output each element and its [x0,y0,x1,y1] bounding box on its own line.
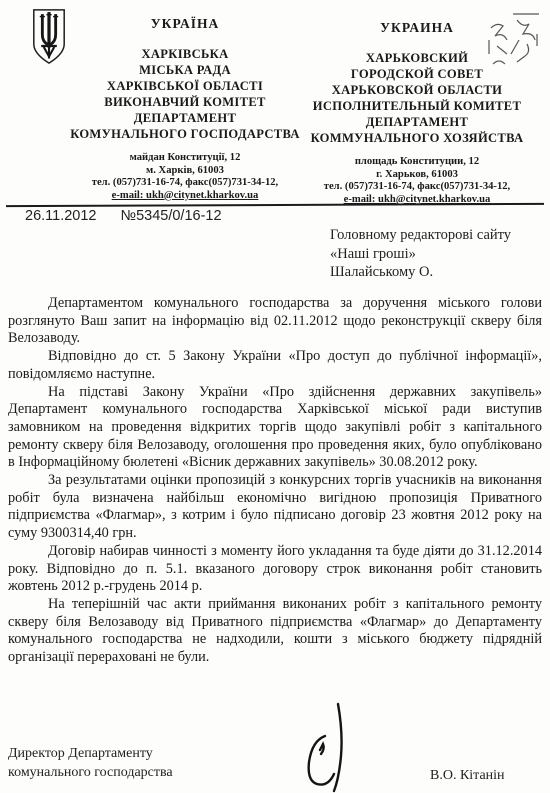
org-line: ГОРОДСКОЙ СОВЕТ [295,66,539,82]
letter-date: 26.11.2012 [25,208,97,224]
org-line: КОММУНАЛЬНОГО ХОЗЯЙСТВА [295,130,539,146]
org-line: ВИКОНАВЧИЙ КОМІТЕТ [60,94,310,110]
org-line: ХАРКІВСЬКОЇ ОБЛАСТІ [60,78,310,94]
body-paragraph: На теперішній час акти приймання виконан… [8,596,542,667]
scanned-letter-page: УКРАЇНА ХАРКІВСЬКА МІСЬКА РАДА ХАРКІВСЬК… [0,0,550,793]
recipient-line: Шалайському О. [330,263,511,282]
address-line: тел. (057)731-16-74, факс(057)731-34-12, [295,181,539,194]
org-line: ИСПОЛНИТЕЛЬНЫЙ КОМИТЕТ [295,98,539,114]
country-name: УКРАЇНА [60,16,310,32]
signer-name: В.О. Кітанін [430,768,505,784]
handwritten-signature-icon [298,702,356,793]
recipient-line: «Наші гроші» [330,245,511,264]
org-line: КОМУНАЛЬНОГО ГОСПОДАРСТВА [60,126,310,142]
signer-title: Директор Департаменту комунального госпо… [8,744,173,782]
org-line: МІСЬКА РАДА [60,62,310,78]
body-paragraph: Департаментом комунального господарства … [8,295,542,348]
org-line: ХАРКІВСЬКА [60,46,310,62]
address-line: г. Харьков, 61003 [295,169,539,182]
recipient-line: Головному редакторові сайту [330,226,511,245]
signer-title-line: комунального господарства [8,763,173,782]
org-line: ДЕПАРТАМЕНТ [295,114,539,130]
org-line: ХАРЬКОВСКОЙ ОБЛАСТИ [295,82,539,98]
body-paragraph: Договір набирав чинності з моменту його … [8,543,542,596]
body-paragraph: Відповідно до ст. 5 Закону України «Про … [8,348,542,383]
letterhead-ukrainian: УКРАЇНА ХАРКІВСЬКА МІСЬКА РАДА ХАРКІВСЬК… [60,16,310,202]
reference-line: 26.11.2012 №5345/0/16-12 [25,208,222,224]
address-line: м. Харків, 61003 [60,165,310,178]
letter-body: Департаментом комунального господарства … [8,295,542,667]
body-paragraph: За результатами оцінки пропозицій з конк… [8,472,542,543]
recipient-block: Головному редакторові сайту «Наші гроші»… [330,226,511,282]
org-line: ХАРЬКОВСКИЙ [295,50,539,66]
body-paragraph: На підставі Закону України «Про здійснен… [8,384,542,473]
signer-title-line: Директор Департаменту [8,744,173,763]
letterhead-russian: УКРАИНА ХАРЬКОВСКИЙ ГОРОДСКОЙ СОВЕТ ХАРЬ… [295,20,539,206]
email-address: e-mail: ukh@citynet.kharkov.ua [60,190,310,203]
letterhead-divider [6,203,544,207]
address-line: площадь Конституции, 12 [295,156,539,169]
address-block: майдан Конституції, 12 м. Харків, 61003 … [60,152,310,202]
address-line: тел. (057)731-16-74, факс(057)731-34-12, [60,177,310,190]
address-block: площадь Конституции, 12 г. Харьков, 6100… [295,156,539,206]
org-line: ДЕПАРТАМЕНТ [60,110,310,126]
letter-number: №5345/0/16-12 [121,208,222,224]
address-line: майдан Конституції, 12 [60,152,310,165]
country-name: УКРАИНА [295,20,539,36]
